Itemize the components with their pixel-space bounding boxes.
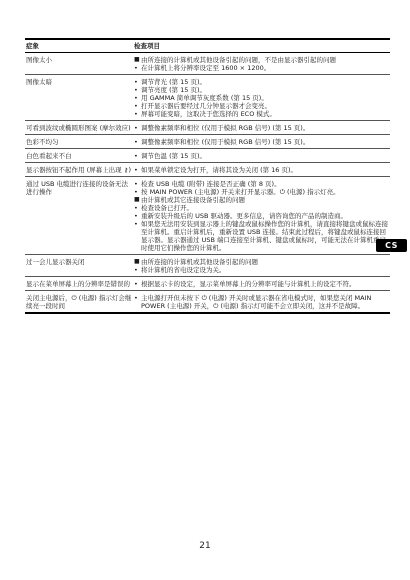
check-item-section: ■由所连接的计算机或其他设备引起的问题，不是由显示器引起的问题	[134, 56, 390, 64]
check-items-cell: •如果菜单锁定设为打开，请将其设为关闭 (第 16 页)。	[133, 163, 390, 177]
check-item-text: 用 GAMMA 简单调节灰度系数 (第 15 页)。	[141, 94, 390, 102]
dot-bullet-icon: •	[134, 266, 141, 274]
check-item-bullet: •如果菜单锁定设为打开，请将其设为关闭 (第 16 页)。	[134, 166, 390, 174]
symptom-cell: 色彩不均匀	[25, 135, 133, 149]
header-check-items: 检查项目	[133, 39, 390, 53]
symptom-cell: 图像太小	[25, 53, 133, 75]
check-item-text: 调整像素频率和相位 (仅用于模拟 RGB 信号) (第 15 页)。	[141, 138, 390, 146]
dot-bullet-icon: •	[134, 220, 141, 252]
check-item-text: 将计算机的省电设定设为关。	[141, 266, 390, 274]
dot-bullet-icon: •	[134, 124, 141, 132]
power-icon: ⏻	[72, 294, 77, 302]
table-row: 图像太小■由所连接的计算机或其他设备引起的问题，不是由显示器引起的问题•在计算机…	[25, 53, 390, 75]
table-row: 色彩不均匀•调整像素频率和相位 (仅用于模拟 RGB 信号) (第 15 页)。	[25, 135, 390, 149]
symptom-cell: 可看到波纹或椭圆形图案 (摩尔效应)	[25, 121, 133, 135]
check-item-bullet: •在计算机上将分辨率设定至 1600 × 1200。	[134, 64, 390, 72]
check-items-cell: •根据显示卡的设定，显示菜单屏幕上的分辨率可能与计算机上的设定不符。	[133, 277, 390, 291]
check-item-bullet: •检查设备已打开。	[134, 204, 390, 212]
check-items-cell: ■由所连接的计算机或其他设备引起的问题•将计算机的省电设定设为关。	[133, 255, 390, 277]
header-symptom: 症象	[25, 39, 133, 53]
check-item-bullet: •检查 USB 电缆 (附带) 连接是否正确 (第 8 页)。	[134, 180, 390, 188]
symptom-cell: 关闭主电源后，⏻ (电源) 指示灯会继续亮一段时间	[25, 291, 133, 314]
check-item-text: 调节色温 (第 15 页)。	[141, 152, 390, 160]
table-row: 白色看起来不白•调节色温 (第 15 页)。	[25, 149, 390, 163]
check-item-text: 在计算机上将分辨率设定至 1600 × 1200。	[141, 64, 390, 72]
dot-bullet-icon: •	[134, 204, 141, 212]
power-icon: ⏻	[202, 294, 207, 302]
dot-bullet-icon: •	[134, 94, 141, 102]
header-row: 症象 检查项目	[25, 39, 390, 53]
check-item-bullet: •屏幕可能变暗，这取决于您选择的 ECO 模式。	[134, 110, 390, 118]
table-row: 显示在菜单屏幕上的分辨率是错误的•根据显示卡的设定，显示菜单屏幕上的分辨率可能与…	[25, 277, 390, 291]
symptom-cell: 通过 USB 电缆进行连接的设备无法进行操作	[25, 177, 133, 255]
page-number: 21	[0, 541, 410, 551]
power-icon: ⏻	[213, 302, 218, 310]
dot-bullet-icon: •	[134, 166, 141, 174]
check-item-text: 由计算机或其它连接设备引起的问题	[141, 196, 390, 204]
power-icon: ⏻	[280, 188, 285, 196]
manual-page: 症象 检查项目 图像太小■由所连接的计算机或其他设备引起的问题，不是由显示器引起…	[0, 0, 410, 580]
check-item-section: ■由所连接的计算机或其他设备引起的问题	[134, 258, 390, 266]
dot-bullet-icon: •	[134, 138, 141, 146]
check-item-text: 由所连接的计算机或其他设备引起的问题	[141, 258, 390, 266]
check-item-bullet: •用 GAMMA 简单调节灰度系数 (第 15 页)。	[134, 94, 390, 102]
check-items-cell: •主电源打开但未按下 ⏻ (电源) 开关时或显示器在省电模式时，如果您关闭 MA…	[133, 291, 390, 314]
check-item-text: 调整像素频率和相位 (仅用于模拟 RGB 信号) (第 15 页)。	[141, 124, 390, 132]
check-item-text: 调节亮度 (第 15 页)。	[141, 86, 390, 94]
dot-bullet-icon: •	[134, 280, 141, 288]
dot-bullet-icon: •	[134, 188, 141, 196]
check-item-bullet: •如果您无法用安装到显示器上的键盘或鼠标操作您的计算机，请直接将键盘或鼠标连接至…	[134, 220, 390, 252]
check-items-cell: •调整像素频率和相位 (仅用于模拟 RGB 信号) (第 15 页)。	[133, 135, 390, 149]
symptom-cell: 白色看起来不白	[25, 149, 133, 163]
check-item-text: 调节背光 (第 15 页)。	[141, 78, 390, 86]
table-row: 可看到波纹或椭圆形图案 (摩尔效应)•调整像素频率和相位 (仅用于模拟 RGB …	[25, 121, 390, 135]
check-item-text: 由所连接的计算机或其他设备引起的问题，不是由显示器引起的问题	[141, 56, 390, 64]
check-item-section: ■由计算机或其它连接设备引起的问题	[134, 196, 390, 204]
dot-bullet-icon: •	[134, 294, 141, 310]
key-lock-icon: ⚷	[124, 166, 129, 174]
check-item-bullet: •按 MAIN POWER (主电源) 开关来打开显示器。⏻ (电源) 指示灯亮…	[134, 188, 390, 196]
symptom-cell: 图像太暗	[25, 75, 133, 121]
check-item-bullet: •将计算机的省电设定设为关。	[134, 266, 390, 274]
check-item-bullet: •打开显示器后要经过几分钟显示器才会变亮。	[134, 102, 390, 110]
check-item-text: 如果菜单锁定设为打开，请将其设为关闭 (第 16 页)。	[141, 166, 390, 174]
dot-bullet-icon: •	[134, 102, 141, 110]
check-item-text: 屏幕可能变暗，这取决于您选择的 ECO 模式。	[141, 110, 390, 118]
language-tab-cs: CS	[376, 239, 407, 252]
check-item-bullet: •调节色温 (第 15 页)。	[134, 152, 390, 160]
dot-bullet-icon: •	[134, 212, 141, 220]
table-row: 过一会儿显示器关闭■由所连接的计算机或其他设备引起的问题•将计算机的省电设定设为…	[25, 255, 390, 277]
check-item-bullet: •根据显示卡的设定，显示菜单屏幕上的分辨率可能与计算机上的设定不符。	[134, 280, 390, 288]
check-item-bullet: •调整像素频率和相位 (仅用于模拟 RGB 信号) (第 15 页)。	[134, 124, 390, 132]
symptom-cell: 过一会儿显示器关闭	[25, 255, 133, 277]
check-items-cell: •调节色温 (第 15 页)。	[133, 149, 390, 163]
symptom-cell: 显示在菜单屏幕上的分辨率是错误的	[25, 277, 133, 291]
check-item-text: 主电源打开但未按下 ⏻ (电源) 开关时或显示器在省电模式时，如果您关闭 MAI…	[141, 294, 390, 310]
dot-bullet-icon: •	[134, 180, 141, 188]
check-item-bullet: •调节背光 (第 15 页)。	[134, 78, 390, 86]
check-items-cell: •调节背光 (第 15 页)。•调节亮度 (第 15 页)。•用 GAMMA 简…	[133, 75, 390, 121]
check-items-cell: ■由所连接的计算机或其他设备引起的问题，不是由显示器引起的问题•在计算机上将分辨…	[133, 53, 390, 75]
check-items-cell: •检查 USB 电缆 (附带) 连接是否正确 (第 8 页)。•按 MAIN P…	[133, 177, 390, 255]
check-item-text: 根据显示卡的设定，显示菜单屏幕上的分辨率可能与计算机上的设定不符。	[141, 280, 390, 288]
check-item-bullet: •重新安装升级后的 USB 驱动器。更多信息，请咨询您的产品的制造商。	[134, 212, 390, 220]
square-bullet-icon: ■	[134, 196, 141, 204]
symptom-cell: 显示器按钮不起作用 (屏幕上出现 ⚷)	[25, 163, 133, 177]
check-item-text: 重新安装升级后的 USB 驱动器。更多信息，请咨询您的产品的制造商。	[141, 212, 390, 220]
check-item-text: 如果您无法用安装到显示器上的键盘或鼠标操作您的计算机，请直接将键盘或鼠标连接至计…	[141, 220, 390, 252]
table-row: 通过 USB 电缆进行连接的设备无法进行操作•检查 USB 电缆 (附带) 连接…	[25, 177, 390, 255]
check-items-cell: •调整像素频率和相位 (仅用于模拟 RGB 信号) (第 15 页)。	[133, 121, 390, 135]
check-item-text: 检查 USB 电缆 (附带) 连接是否正确 (第 8 页)。	[141, 180, 390, 188]
troubleshooting-table: 症象 检查项目 图像太小■由所连接的计算机或其他设备引起的问题，不是由显示器引起…	[25, 38, 390, 314]
check-item-bullet: •主电源打开但未按下 ⏻ (电源) 开关时或显示器在省电模式时，如果您关闭 MA…	[134, 294, 390, 310]
table-row: 图像太暗•调节背光 (第 15 页)。•调节亮度 (第 15 页)。•用 GAM…	[25, 75, 390, 121]
square-bullet-icon: ■	[134, 258, 141, 266]
square-bullet-icon: ■	[134, 56, 141, 64]
check-item-text: 打开显示器后要经过几分钟显示器才会变亮。	[141, 102, 390, 110]
check-item-bullet: •调整像素频率和相位 (仅用于模拟 RGB 信号) (第 15 页)。	[134, 138, 390, 146]
check-item-text: 检查设备已打开。	[141, 204, 390, 212]
check-item-bullet: •调节亮度 (第 15 页)。	[134, 86, 390, 94]
check-item-text: 按 MAIN POWER (主电源) 开关来打开显示器。⏻ (电源) 指示灯亮。	[141, 188, 390, 196]
troubleshooting-rows: 图像太小■由所连接的计算机或其他设备引起的问题，不是由显示器引起的问题•在计算机…	[25, 53, 390, 314]
table-row: 显示器按钮不起作用 (屏幕上出现 ⚷)•如果菜单锁定设为打开，请将其设为关闭 (…	[25, 163, 390, 177]
dot-bullet-icon: •	[134, 86, 141, 94]
table-header: 症象 检查项目	[25, 39, 390, 53]
dot-bullet-icon: •	[134, 78, 141, 86]
dot-bullet-icon: •	[134, 152, 141, 160]
dot-bullet-icon: •	[134, 64, 141, 72]
table-row: 关闭主电源后，⏻ (电源) 指示灯会继续亮一段时间•主电源打开但未按下 ⏻ (电…	[25, 291, 390, 314]
dot-bullet-icon: •	[134, 110, 141, 118]
